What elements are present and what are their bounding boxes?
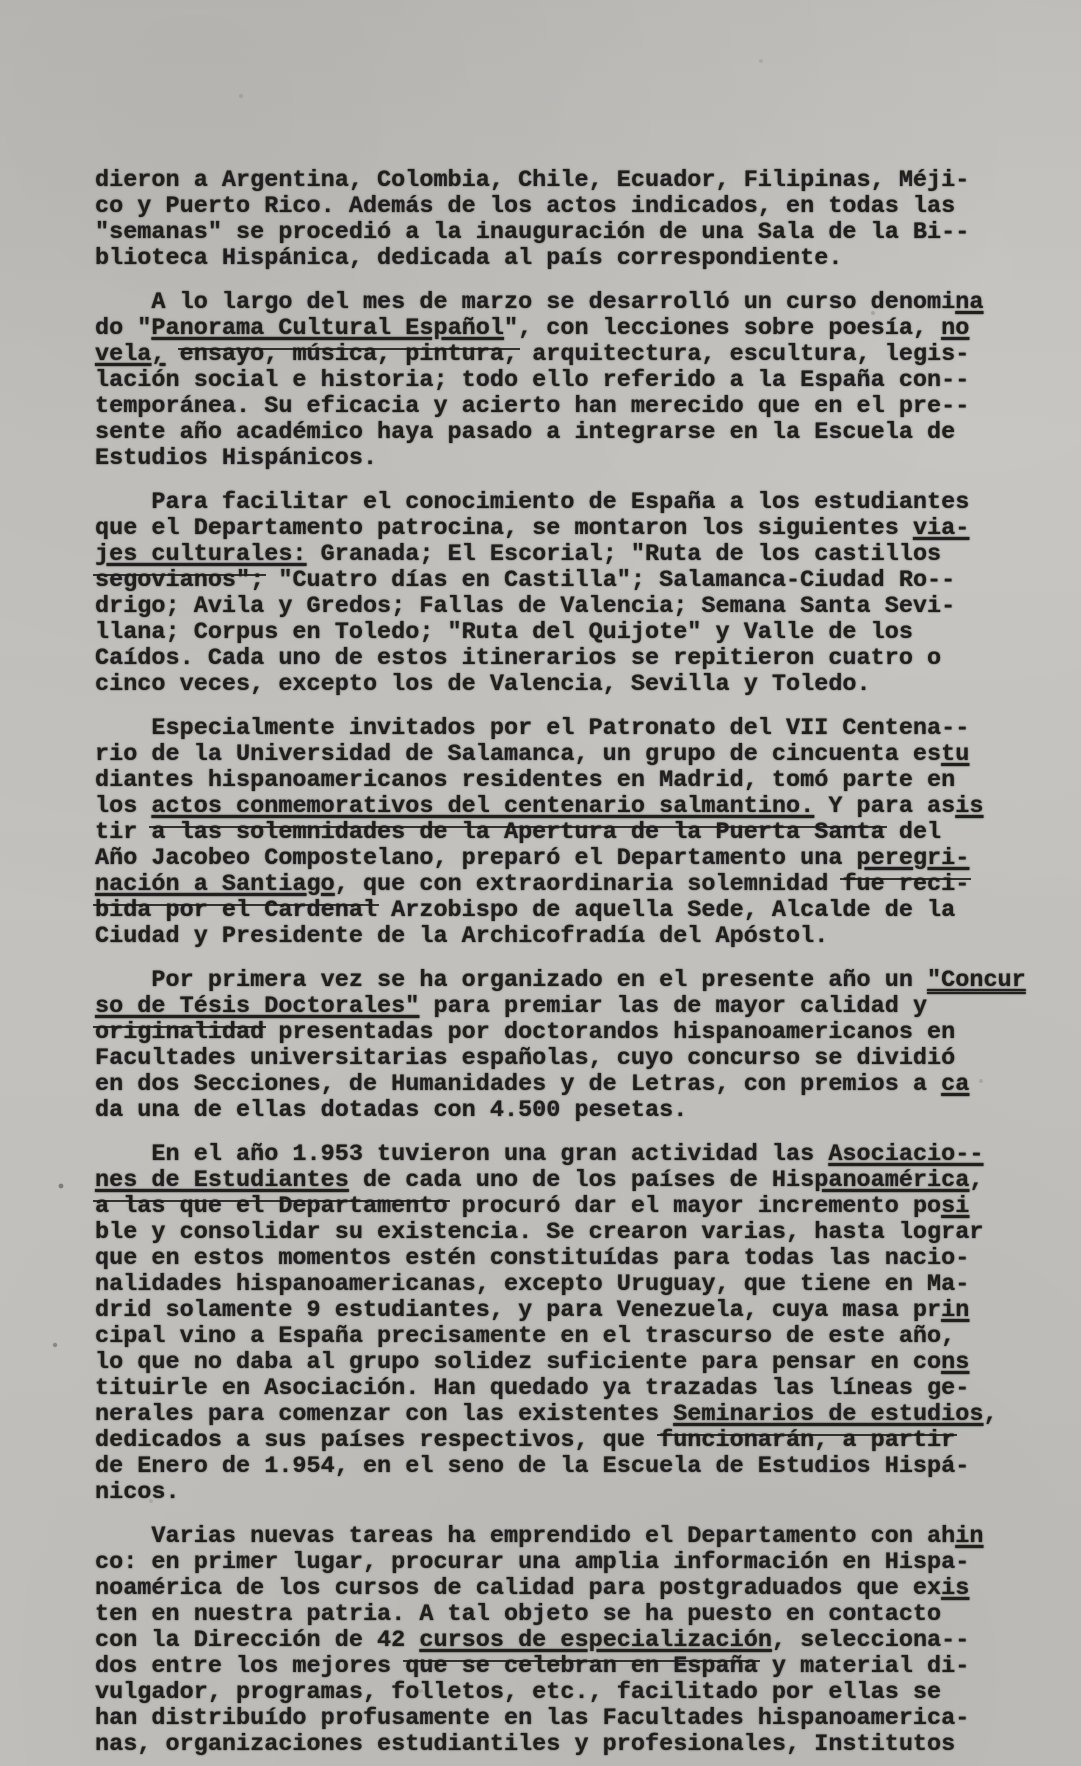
text-segment: del (885, 819, 941, 846)
text-line: jes culturales: Granada; El Escorial; "R… (95, 542, 1015, 568)
text-line: sente año académico haya pasado a integr… (95, 420, 1015, 446)
text-segment: nas, organizaciones estudiantiles y prof… (95, 1731, 955, 1758)
underlined-text: bida por el Cardenal (95, 897, 377, 924)
text-line: Especialmente invitados por el Patronato… (95, 716, 1015, 742)
text-line: tituirle en Asociación. Han quedado ya t… (95, 1376, 1015, 1402)
text-segment: nicos. (95, 1479, 180, 1506)
text-line: diantes hispanoamericanos residentes en … (95, 768, 1015, 794)
paragraph-7: Varias nuevas tareas ha emprendido el De… (95, 1524, 1015, 1758)
text-line: tir a las solemnidades de la Apertura de… (95, 820, 1015, 846)
text-segment: blioteca Hispánica, dedicada al país cor… (95, 245, 842, 272)
text-segment (166, 341, 180, 368)
text-line: nerales para comenzar con las existentes… (95, 1402, 1015, 1428)
text-line: Para facilitar el conocimiento de España… (95, 490, 1015, 516)
text-segment: , que con extraordinaria solemnidad (335, 871, 843, 898)
underlined-text: a las que el Departamento (95, 1193, 448, 1220)
text-line: dos entre los mejores que se celebran en… (95, 1654, 1015, 1680)
text-line: con la Dirección de 42 cursos de especia… (95, 1628, 1015, 1654)
text-segment: procuró dar el mayor incremento po (448, 1193, 942, 1220)
text-line: drid solamente 9 estudiantes, y para Ven… (95, 1298, 1015, 1324)
text-segment: sente año académico haya pasado a integr… (95, 419, 955, 446)
underlined-text: ensayo, música, pintura, (180, 341, 518, 368)
text-segment: co: en primer lugar, procurar una amplia… (95, 1549, 969, 1576)
text-segment: do " (95, 315, 151, 342)
text-segment: rio de la Universidad de Salamanca, un g… (95, 741, 941, 768)
text-line: temporánea. Su eficacia y acierto han me… (95, 394, 1015, 420)
underlined-text: na (955, 289, 983, 316)
text-line: nicos. (95, 1480, 1015, 1506)
text-line: so de Tésis Doctorales" para premiar las… (95, 994, 1015, 1020)
underlined-text: ca (941, 1071, 969, 1098)
text-segment: Ciudad y Presidente de la Archicofradía … (95, 923, 828, 950)
text-line: vela, ensayo, música, pintura, arquitect… (95, 342, 1015, 368)
text-segment: cipal vino a España precisamente en el t… (95, 1323, 955, 1350)
text-segment: lación social e historia; todo ello refe… (95, 367, 969, 394)
text-segment: noamérica de los cursos de calidad para … (95, 1575, 941, 1602)
text-line: drigo; Avila y Gredos; Fallas de Valenci… (95, 594, 1015, 620)
paragraph-2: A lo largo del mes de marzo se desarroll… (95, 290, 1015, 472)
underlined-text: que se celebran en España (405, 1653, 758, 1680)
underlined-text: "Concur (927, 967, 1026, 994)
text-segment: han distribuído profusamente en las Facu… (95, 1705, 969, 1732)
text-segment: Para facilitar el conocimiento de España… (151, 489, 969, 516)
text-segment: ten en nuestra patria. A tal objeto se h… (95, 1601, 941, 1628)
text-segment: arquitectura, escultura, legis- (518, 341, 969, 368)
text-line: bida por el Cardenal Arzobispo de aquell… (95, 898, 1015, 924)
text-line: rio de la Universidad de Salamanca, un g… (95, 742, 1015, 768)
text-line: A lo largo del mes de marzo se desarroll… (95, 290, 1015, 316)
text-line: nas, organizaciones estudiantiles y prof… (95, 1732, 1015, 1758)
underlined-text: in (941, 1297, 969, 1324)
underlined-text: Panorama Cultural Español (151, 315, 504, 342)
text-segment: Varias nuevas tareas ha emprendido el De… (151, 1523, 955, 1550)
text-line: ble y consolidar su existencia. Se crear… (95, 1220, 1015, 1246)
underlined-text: Asociacio-- (828, 1141, 983, 1168)
underlined-text: segovianos"; (95, 567, 264, 594)
text-segment: con la Dirección de 42 (95, 1627, 419, 1654)
text-segment: lo que no daba al grupo solidez suficien… (95, 1349, 941, 1376)
text-segment: diantes hispanoamericanos residentes en … (95, 767, 955, 794)
text-line: dedicados a sus países respectivos, que … (95, 1428, 1015, 1454)
text-line: a las que el Departamento procuró dar el… (95, 1194, 1015, 1220)
underlined-text: so de Tésis Doctorales" (95, 993, 419, 1020)
text-line: Caídos. Cada uno de estos itinerarios se… (95, 646, 1015, 672)
paragraph-4: Especialmente invitados por el Patronato… (95, 716, 1015, 950)
underlined-text: in (955, 1523, 983, 1550)
text-segment: los (95, 793, 151, 820)
text-line: da una de ellas dotadas con 4.500 peseta… (95, 1098, 1015, 1124)
text-line: cinco veces, excepto los de Valencia, Se… (95, 672, 1015, 698)
text-line: que en estos momentos estén constituídas… (95, 1246, 1015, 1272)
underlined-text: cursos de especialización (419, 1627, 772, 1654)
text-segment: Y para as (814, 793, 955, 820)
text-segment: , selecciona-- (772, 1627, 969, 1654)
text-segment: "semanas" se procedió a la inauguración … (95, 219, 969, 246)
underlined-text: via- (913, 515, 969, 542)
text-line: en dos Secciones, de Humanidades y de Le… (95, 1072, 1015, 1098)
text-line: Varias nuevas tareas ha emprendido el De… (95, 1524, 1015, 1550)
text-segment: tituirle en Asociación. Han quedado ya t… (95, 1375, 969, 1402)
text-line: Ciudad y Presidente de la Archicofradía … (95, 924, 1015, 950)
text-segment: nalidades hispanoamericanas, excepto Uru… (95, 1271, 969, 1298)
text-line: que el Departamento patrocina, se montar… (95, 516, 1015, 542)
text-line: lación social e historia; todo ello refe… (95, 368, 1015, 394)
document-text: dieron a Argentina, Colombia, Chile, Ecu… (95, 168, 1015, 1758)
text-segment: Por primera vez se ha organizado en el p… (151, 967, 927, 994)
text-line: Facultades universitarias españolas, cuy… (95, 1046, 1015, 1072)
paragraph-3: Para facilitar el conocimiento de España… (95, 490, 1015, 698)
text-line: llana; Corpus en Toledo; "Ruta del Quijo… (95, 620, 1015, 646)
text-segment: que en estos momentos estén constituídas… (95, 1245, 969, 1272)
text-line: Por primera vez se ha organizado en el p… (95, 968, 1015, 994)
text-segment: en dos Secciones, de Humanidades y de Le… (95, 1071, 941, 1098)
text-segment: Año Jacobeo Compostelano, preparó el Dep… (95, 845, 857, 872)
text-segment: dieron a Argentina, Colombia, Chile, Ecu… (95, 167, 969, 194)
underlined-text: nes de Estudiantes (95, 1167, 349, 1194)
text-line: vulgador, programas, folletos, etc., fac… (95, 1680, 1015, 1706)
text-segment: Caídos. Cada uno de estos itinerarios se… (95, 645, 941, 672)
text-line: Año Jacobeo Compostelano, preparó el Dep… (95, 846, 1015, 872)
text-segment: , (983, 1401, 997, 1428)
text-segment: cinco veces, excepto los de Valencia, Se… (95, 671, 871, 698)
text-segment: llana; Corpus en Toledo; "Ruta del Quijo… (95, 619, 913, 646)
underlined-text: peregri- (857, 845, 970, 872)
underlined-text: jes culturales: (95, 541, 307, 568)
text-line: cipal vino a España precisamente en el t… (95, 1324, 1015, 1350)
text-segment: que el Departamento patrocina, se montar… (95, 515, 913, 542)
underlined-text: tu (941, 741, 969, 768)
text-segment: co y Puerto Rico. Además de los actos in… (95, 193, 955, 220)
text-segment: temporánea. Su eficacia y acierto han me… (95, 393, 969, 420)
text-segment: nerales para comenzar con las existentes (95, 1401, 673, 1428)
text-segment: Facultades universitarias españolas, cuy… (95, 1045, 955, 1072)
text-segment: Estudios Hispánicos. (95, 445, 377, 472)
text-segment: Granada; El Escorial; "Ruta de los casti… (307, 541, 942, 568)
text-segment: En el año 1.953 tuvieron una gran activi… (151, 1141, 828, 1168)
text-line: segovianos"; "Cuatro días en Castilla"; … (95, 568, 1015, 594)
text-segment: Arzobispo de aquella Sede, Alcalde de la (377, 897, 955, 924)
text-line: nación a Santiago, que con extraordinari… (95, 872, 1015, 898)
paper-specks (0, 0, 2, 2)
text-segment: "Cuatro días en Castilla"; Salamanca-Ciu… (264, 567, 955, 594)
text-segment: vulgador, programas, folletos, etc., fac… (95, 1679, 941, 1706)
scanned-document-page: dieron a Argentina, Colombia, Chile, Ecu… (0, 0, 1081, 1766)
text-line: han distribuído profusamente en las Facu… (95, 1706, 1015, 1732)
text-segment: dedicados a sus países respectivos, que (95, 1427, 659, 1454)
text-line: noamérica de los cursos de calidad para … (95, 1576, 1015, 1602)
text-line: de Enero de 1.954, en el seno de la Escu… (95, 1454, 1015, 1480)
text-segment: drigo; Avila y Gredos; Fallas de Valenci… (95, 593, 955, 620)
text-line: los actos conmemorativos del centenario … (95, 794, 1015, 820)
text-segment: de Enero de 1.954, en el seno de la Escu… (95, 1453, 969, 1480)
text-line: co: en primer lugar, procurar una amplia… (95, 1550, 1015, 1576)
text-line: nalidades hispanoamericanas, excepto Uru… (95, 1272, 1015, 1298)
underlined-text: actos conmemorativos del centenario salm… (151, 793, 814, 820)
text-segment: presentadas por doctorandos hispanoameri… (264, 1019, 955, 1046)
text-segment: , (969, 1167, 983, 1194)
text-segment: drid solamente 9 estudiantes, y para Ven… (95, 1297, 941, 1324)
underlined-text: Seminarios de estudios (673, 1401, 983, 1428)
text-segment: A lo largo del mes de marzo se desarroll… (151, 289, 955, 316)
text-segment: ", con lecciones sobre poesía, (504, 315, 941, 342)
text-line: dieron a Argentina, Colombia, Chile, Ecu… (95, 168, 1015, 194)
text-line: En el año 1.953 tuvieron una gran activi… (95, 1142, 1015, 1168)
text-segment: da una de ellas dotadas con 4.500 peseta… (95, 1097, 687, 1124)
text-line: "semanas" se procedió a la inauguración … (95, 220, 1015, 246)
underlined-text: is (955, 793, 983, 820)
text-segment: para premiar las de mayor calidad y (419, 993, 927, 1020)
text-segment: tir (95, 819, 151, 846)
text-segment: ble y consolidar su existencia. Se crear… (95, 1219, 983, 1246)
underlined-text: fue reci- (842, 871, 969, 898)
text-segment: de cada uno de los países de His (349, 1167, 814, 1194)
underlined-text: ns (941, 1349, 969, 1376)
underlined-text: a las solemnidades de la Apertura de la … (151, 819, 884, 846)
paragraph-6: En el año 1.953 tuvieron una gran activi… (95, 1142, 1015, 1506)
text-segment: y material di- (758, 1653, 970, 1680)
underlined-text: nación a Santiago (95, 871, 335, 898)
text-line: Estudios Hispánicos. (95, 446, 1015, 472)
text-segment: dos entre los mejores (95, 1653, 405, 1680)
text-line: lo que no daba al grupo solidez suficien… (95, 1350, 1015, 1376)
underlined-text: no (941, 315, 969, 342)
underlined-text: is (941, 1575, 969, 1602)
underlined-text: originalidad (95, 1019, 264, 1046)
paragraph-1: dieron a Argentina, Colombia, Chile, Ecu… (95, 168, 1015, 272)
text-line: blioteca Hispánica, dedicada al país cor… (95, 246, 1015, 272)
underlined-text: vela, (95, 341, 166, 368)
text-segment: Especialmente invitados por el Patronato… (151, 715, 969, 742)
underlined-text: panoamérica (814, 1167, 969, 1194)
paragraph-5: Por primera vez se ha organizado en el p… (95, 968, 1015, 1124)
underlined-text: si (941, 1193, 969, 1220)
text-line: originalidad presentadas por doctorandos… (95, 1020, 1015, 1046)
text-line: ten en nuestra patria. A tal objeto se h… (95, 1602, 1015, 1628)
text-line: do "Panorama Cultural Español", con lecc… (95, 316, 1015, 342)
text-line: nes de Estudiantes de cada uno de los pa… (95, 1168, 1015, 1194)
underlined-text: funcionarán, a partir (659, 1427, 955, 1454)
text-line: co y Puerto Rico. Además de los actos in… (95, 194, 1015, 220)
